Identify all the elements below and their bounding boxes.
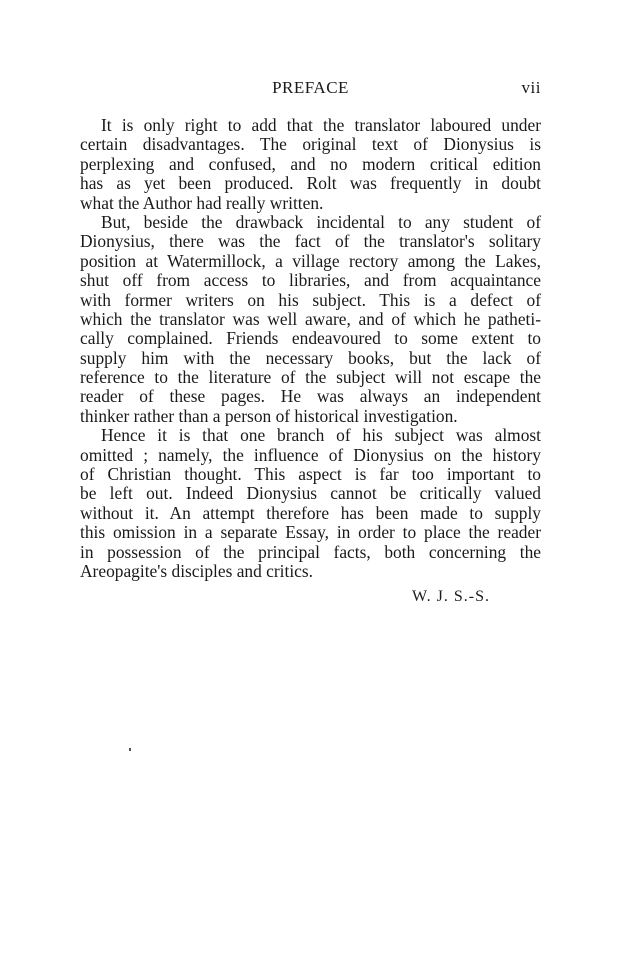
- text-line: omitted ; namely, the influence of Diony…: [80, 446, 541, 465]
- running-title: PREFACE: [80, 78, 541, 98]
- text-line: without it. An attempt therefore has bee…: [80, 504, 541, 523]
- running-head: PREFACE vii: [80, 78, 541, 102]
- text-line: perplexing and confused, and no modern c…: [80, 155, 541, 174]
- preface-body: It is only right to add that the transla…: [80, 116, 541, 581]
- text-line: supply him with the necessary books, but…: [80, 349, 541, 368]
- book-page: PREFACE vii It is only right to add that…: [0, 0, 621, 954]
- text-line: with former writers on his subject. This…: [80, 291, 541, 310]
- author-signature: W. J. S.-S.: [412, 588, 490, 606]
- paragraph-1: It is only right to add that the transla…: [80, 116, 541, 213]
- text-line: reader of these pages. He was always an …: [80, 387, 541, 406]
- text-line: position at Watermillock, a village rect…: [80, 252, 541, 271]
- text-line: cally complained. Friends endeavoured to…: [80, 329, 541, 348]
- text-line: of Christian thought. This aspect is far…: [80, 465, 541, 484]
- text-line: be left out. Indeed Dionysius cannot be …: [80, 484, 541, 503]
- text-line: this omission in a separate Essay, in or…: [80, 523, 541, 542]
- text-line: shut off from access to libraries, and f…: [80, 271, 541, 290]
- text-line: in possession of the principal facts, bo…: [80, 543, 541, 562]
- text-line: It is only right to add that the transla…: [80, 116, 541, 135]
- text-line: which the translator was well aware, and…: [80, 310, 541, 329]
- text-line: Hence it is that one branch of his subje…: [80, 426, 541, 445]
- text-line: reference to the literature of the subje…: [80, 368, 541, 387]
- paragraph-2: But, beside the drawback incidental to a…: [80, 213, 541, 426]
- paragraph-3: Hence it is that one branch of his subje…: [80, 426, 541, 581]
- text-line: Dionysius, there was the fact of the tra…: [80, 232, 541, 251]
- text-line: has as yet been produced. Rolt was frequ…: [80, 174, 541, 193]
- text-line: thinker rather than a person of historic…: [80, 407, 541, 426]
- text-line: But, beside the drawback incidental to a…: [80, 213, 541, 232]
- text-line: what the Author had really written.: [80, 194, 541, 213]
- page-number: vii: [522, 78, 541, 98]
- text-line: certain disadvantages. The original text…: [80, 135, 541, 154]
- print-speck: [129, 748, 131, 751]
- text-line: Areopagite's disciples and critics.: [80, 562, 541, 581]
